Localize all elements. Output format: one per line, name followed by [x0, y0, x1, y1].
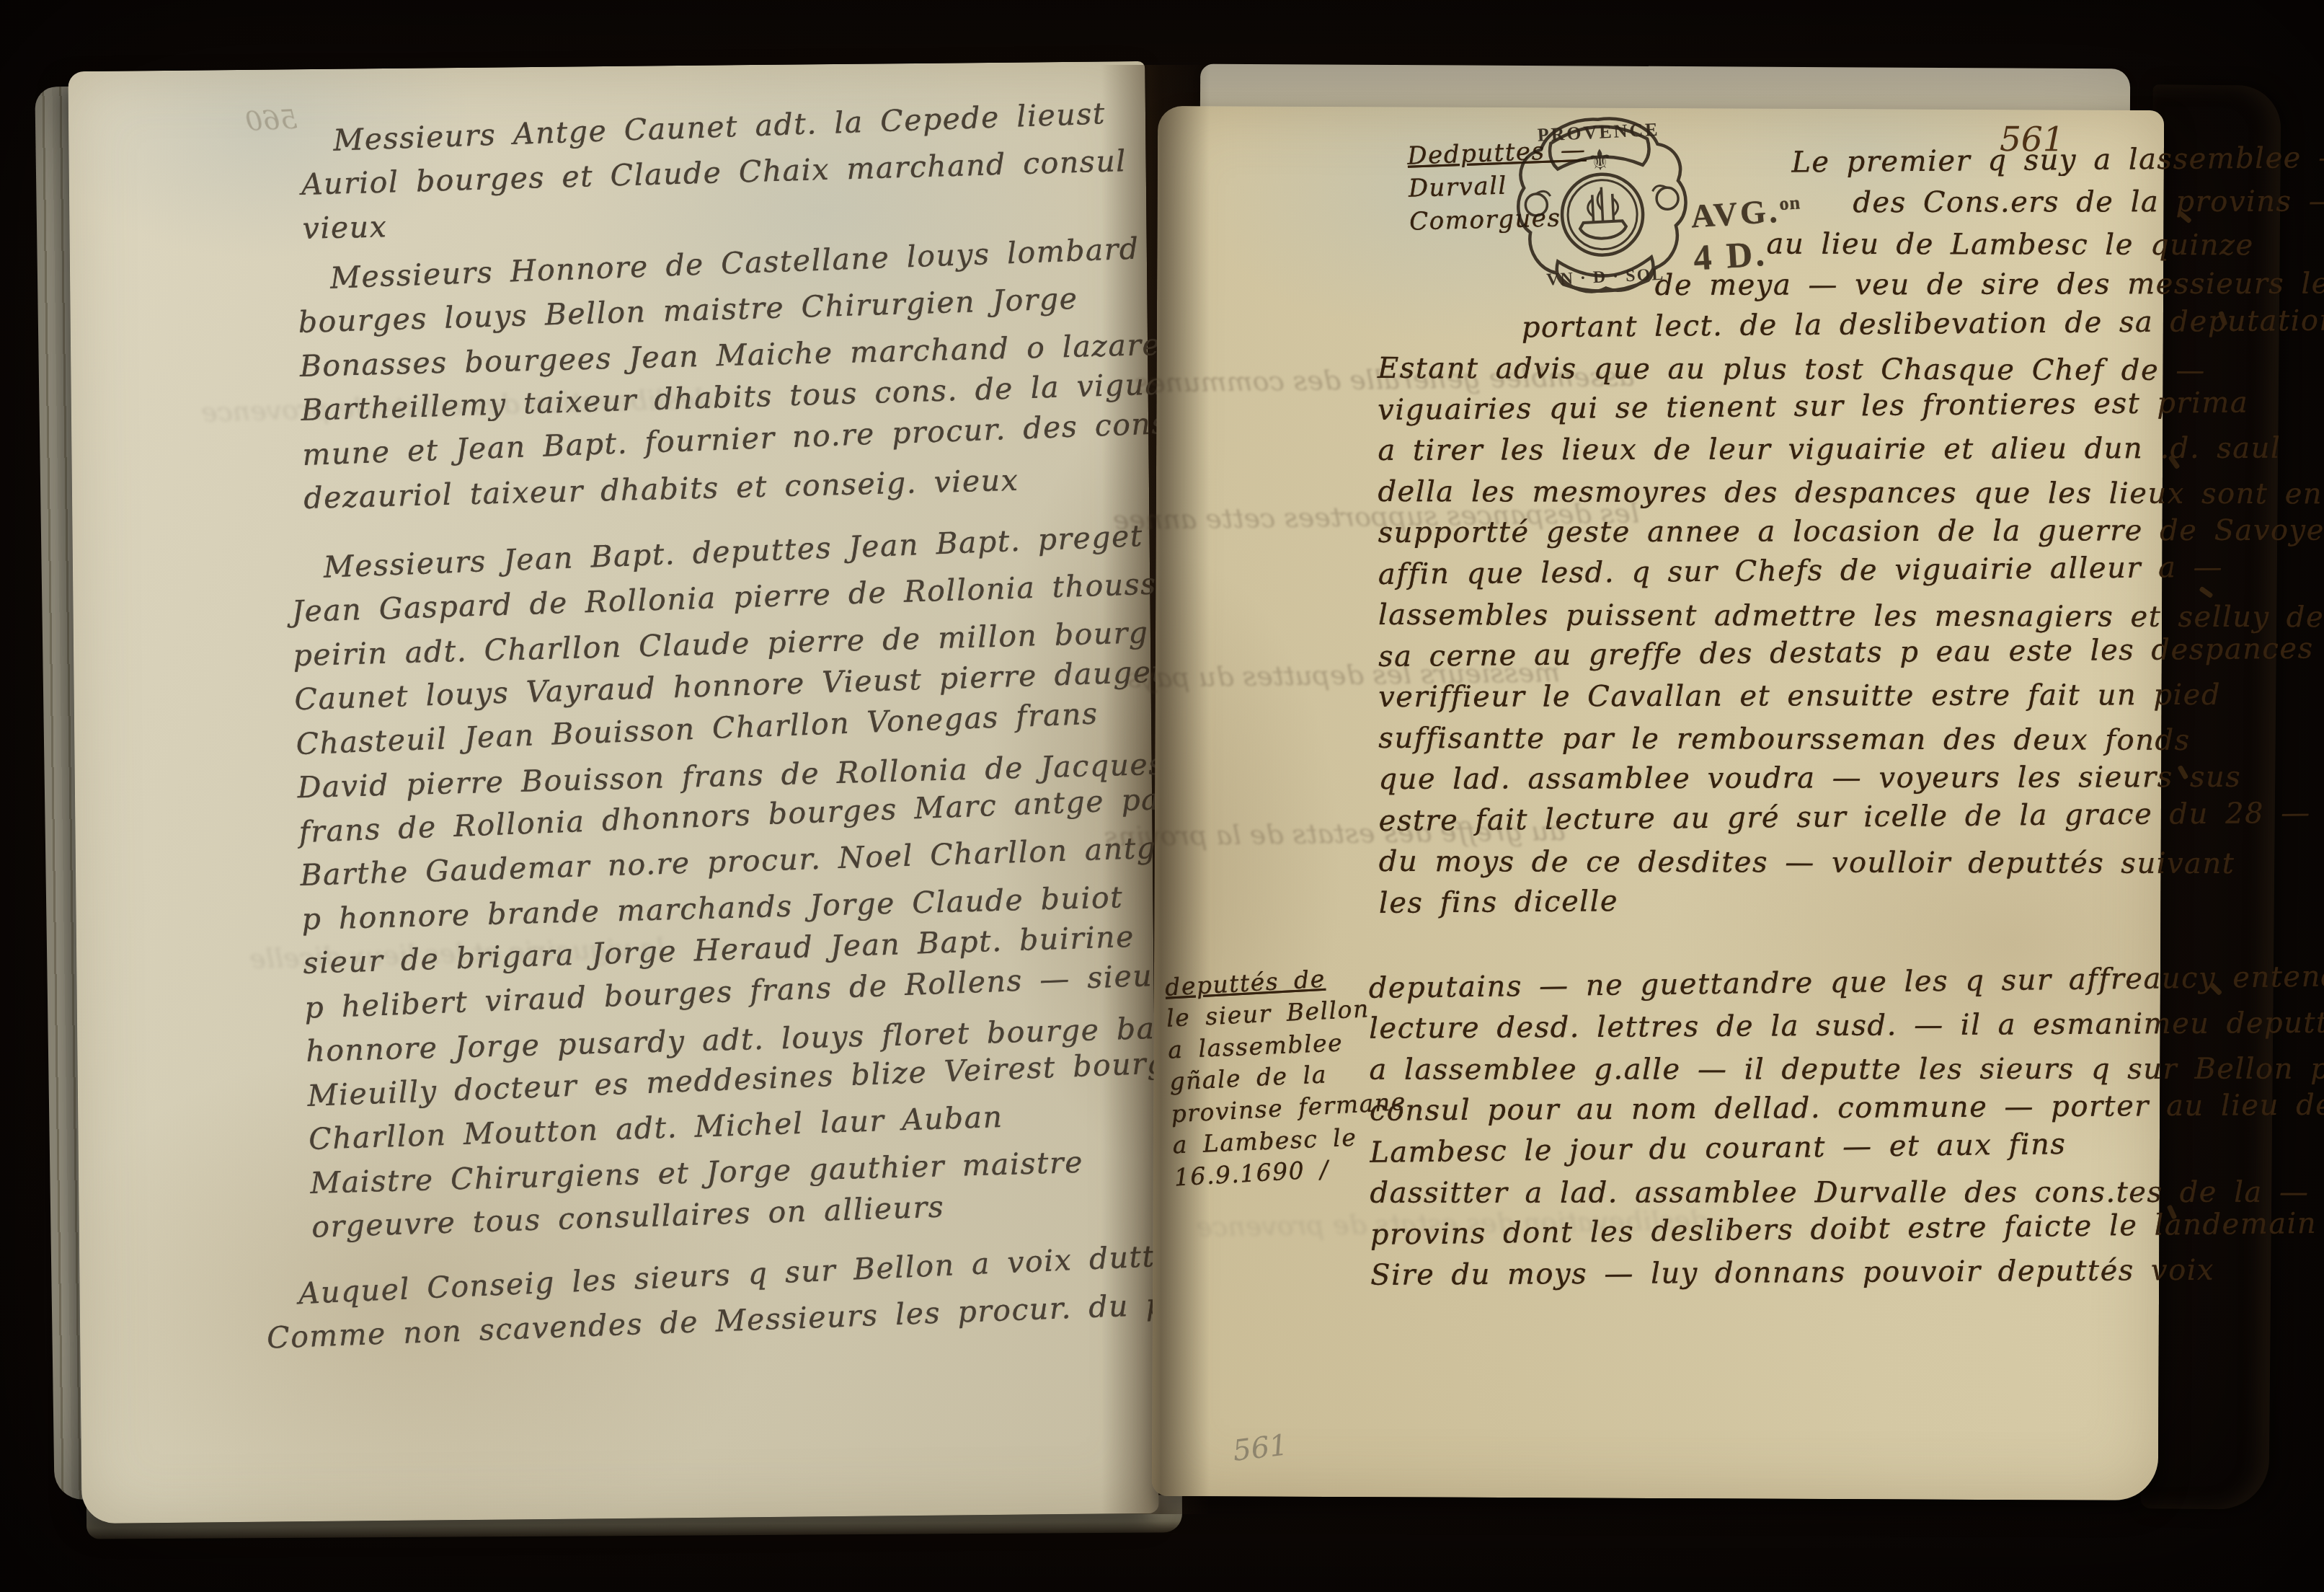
manuscript-line: supportté geste annee a locasion de la g…	[1378, 510, 2142, 554]
manuscript-line: a lassemblee g.alle — il deputte les sie…	[1369, 1049, 2140, 1091]
manuscript-line: de meya — veu de sire des messieurs le s…	[1655, 264, 2142, 306]
left-page: 560 deslibevation des estats de provence…	[68, 61, 1158, 1524]
manuscript-line: sa cerne au greffe des destats p eau est…	[1378, 630, 2142, 678]
right-page-resolution-text: deputains — ne guettandre que les q sur …	[1369, 963, 2142, 1296]
left-page-paragraph-deputes: Messieurs Jean Bapt. deputtes Jean Bapt.…	[290, 520, 1134, 1250]
manuscript-line: des Cons.ers de la provins —	[1853, 182, 2141, 224]
pencil-folio-number: 561	[1231, 1428, 1290, 1468]
manuscript-photograph: 560 deslibevation des estats de provence…	[0, 0, 2324, 1592]
manuscript-line: affin que lesd. q sur Chefs de viguairie…	[1378, 548, 2142, 596]
manuscript-line: que lad. assamblee voudra — voyeurs les …	[1378, 757, 2142, 800]
manuscript-line: les fins dicelle	[1379, 877, 2143, 924]
manuscript-line: veriffieur le Cavallan et ensuitte estre…	[1378, 675, 2142, 718]
edge-ink-mark	[2199, 586, 2213, 598]
manuscript-line: lecture desd. lettres de la susd. — il a…	[1369, 1004, 2140, 1050]
manuscript-line: portant lect. de la deslibevation de sa …	[1522, 302, 2142, 349]
manuscript-line: au lieu de Lambesc le quinze	[1767, 224, 2142, 266]
manuscript-line: Le premier q suy a lassemblee —	[1791, 139, 2141, 183]
left-page-paragraph-conseillers: Messieurs Honnore de Castellane louys lo…	[296, 232, 1119, 521]
manuscript-line: suffisantte par le remboursseman des deu…	[1378, 718, 2142, 761]
manuscript-line: estre fait lecture au gré sur icelle de …	[1378, 795, 2142, 842]
right-page-act-text: Le premier q suy a lassemblee —des Cons.…	[1377, 141, 2143, 924]
manuscript-line: Sire du moys — luy donnans pouvoir deput…	[1370, 1250, 2142, 1296]
manuscript-line: a tirer les lieux de leur viguairie et a…	[1378, 428, 2142, 472]
manuscript-line: Lambesc le jour du courant — et aux fins	[1370, 1123, 2142, 1174]
manuscript-line: della les mesmoyres des despances que le…	[1378, 472, 2142, 515]
right-page: 561 assemblee generalle des communes les…	[1152, 106, 2164, 1500]
manuscript-line: viguairies qui se tienent sur les fronti…	[1378, 384, 2142, 431]
left-page-paragraph-conclusion: Auquel Conseig les sieurs q sur Bellon a…	[265, 1241, 1104, 1360]
margin-note-deputation-date: deputtés dele sieur Bellona lassembleegñ…	[1164, 961, 1383, 1193]
manuscript-line: deputains — ne guettandre que les q sur …	[1368, 959, 2140, 1009]
manuscript-line: provins dont les deslibers doibt estre f…	[1370, 1206, 2142, 1256]
bleedthrough-folio-number: 560	[244, 103, 298, 137]
left-page-paragraph-consuls: Messieurs Antge Caunet adt. la Cepede li…	[299, 95, 1117, 250]
